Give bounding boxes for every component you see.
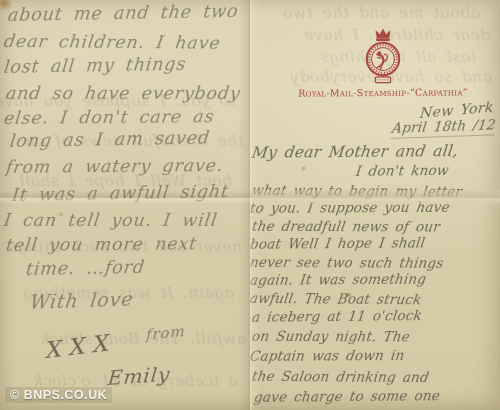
watermark-credit: © BNPS.CO.UK — [5, 387, 112, 403]
kisses-xxx: XXX — [46, 330, 117, 364]
handwriting-line: a iceberg at 11 o'clock — [251, 308, 423, 326]
handwriting-line: tell you more next — [5, 234, 199, 256]
handwriting-line: long as I am saved — [9, 129, 211, 152]
handwriting-line: Captain was down in — [249, 348, 406, 365]
handwriting-line: else. I don't care as — [3, 107, 216, 129]
letterhead-title: Royal-Mail-Steamship-“Carpathia” — [276, 87, 490, 99]
handwriting-line: boat Well I hope I shall — [249, 235, 426, 253]
salutation: My dear Mother and all, — [251, 142, 460, 162]
handwriting-line: and so have everybody — [5, 84, 242, 104]
bleedthrough-line: about me and the two — [282, 4, 480, 22]
handwriting-line: on Sunday night. The — [251, 329, 411, 346]
handwriting-line: lost all my things — [3, 55, 188, 78]
handwriting-line: never see two such things — [249, 255, 445, 272]
titanic-letter-photo: to you. I suppose you have the dreadfull… — [0, 0, 500, 410]
letter-left-page: to you. I suppose you have the dreadfull… — [0, 0, 250, 410]
date-line: April 18th /12 — [391, 117, 497, 139]
handwriting-line: awfull. The Boat struck — [249, 291, 423, 308]
handwriting-line: time. …ford — [25, 258, 146, 280]
carpathia-crest-icon — [362, 27, 404, 87]
closing-line: from — [146, 322, 187, 344]
handwriting-line: again. It was something — [249, 272, 428, 289]
handwriting-line: about me and the two — [7, 2, 240, 26]
handwriting-line: gave charge to some one — [253, 388, 441, 406]
handwriting-line: dear children. I have — [3, 32, 222, 54]
handwriting-line: what way to begin my letter — [251, 183, 464, 200]
handwriting-line: the Saloon drinking and — [251, 369, 430, 386]
signature: Emily — [107, 362, 171, 390]
handwriting-line: from a watery grave. — [5, 156, 225, 178]
handwriting-line: I can tell you. I will — [3, 211, 219, 231]
letter-right-page: about me and the two dear children. I ha… — [250, 0, 500, 410]
closing-line: With love — [29, 288, 135, 314]
handwriting-line: the dreadfull news of our — [251, 219, 441, 236]
handwriting-line: to you. I suppose you have — [249, 200, 451, 217]
handwriting-line: I don't know — [355, 163, 450, 180]
handwriting-line: It was a awfull sight — [11, 182, 230, 206]
